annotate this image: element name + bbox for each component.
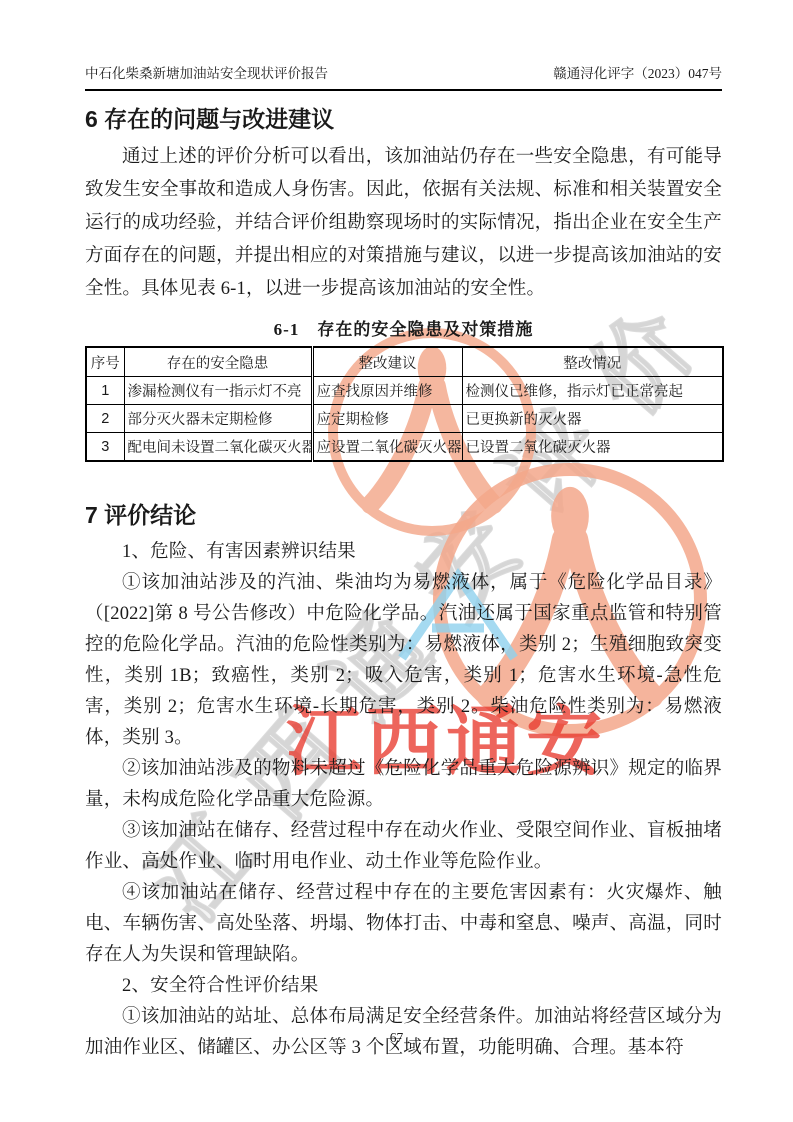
section-7-paragraph: ③该加油站在储存、经营过程中存在动火作业、受限空间作业、盲板抽堵作业、高处作业、… xyxy=(85,816,722,878)
table-row: 2 部分灭火器未定期检修 应定期检修 已更换新的灭火器 xyxy=(86,405,723,433)
document-page: 江西通安评价 江西通安 中石化柴桑新塘加油站安全现状评价报告 赣通浔化评字（20… xyxy=(0,0,793,1122)
section-7-paragraph: ②该加油站涉及的物料未超过《危险化学品重大危险源辨识》规定的临界量，未构成危险化… xyxy=(85,754,722,816)
table-header-cell: 整改建议 xyxy=(312,347,462,377)
section-6-paragraph: 通过上述的评价分析可以看出，该加油站仍存在一些安全隐患，有可能导致发生安全事故和… xyxy=(85,141,722,306)
table-header-cell: 存在的安全隐患 xyxy=(124,347,312,377)
section-7: 7 评价结论 1、危险、有害因素辨识结果 ①该加油站涉及的汽油、柴油均为易燃液体… xyxy=(85,500,722,1064)
header-right-doc-number: 赣通浔化评字（2023）047号 xyxy=(553,64,722,84)
section-7-paragraph: ④该加油站在储存、经营过程中存在的主要危害因素有：火灾爆炸、触电、车辆伤害、高处… xyxy=(85,878,722,971)
table-row: 3 配电间未设置二氧化碳灭火器 应设置二氧化碳灭火器 已设置二氧化碳灭火器 xyxy=(86,433,723,462)
table-cell-no: 3 xyxy=(86,433,124,462)
table-header-row: 序号 存在的安全隐患 整改建议 整改情况 xyxy=(86,347,723,377)
section-7-paragraph: ①该加油站涉及的汽油、柴油均为易燃液体，属于《危险化学品目录》（[2022]第 … xyxy=(85,568,722,754)
table-header-cell: 整改情况 xyxy=(462,347,723,377)
section-7-paragraph: 2、安全符合性评价结果 xyxy=(85,971,722,1002)
table-header-cell: 序号 xyxy=(86,347,124,377)
table-cell-suggestion: 应设置二氧化碳灭火器 xyxy=(312,433,462,462)
section-7-title: 7 评价结论 xyxy=(85,500,722,530)
section-6-title: 6 存在的问题与改进建议 xyxy=(85,104,722,134)
table-cell-suggestion: 应定期检修 xyxy=(312,405,462,433)
section-7-paragraph: 1、危险、有害因素辨识结果 xyxy=(85,537,722,568)
table-cell-hazard: 渗漏检测仪有一指示灯不亮 xyxy=(124,377,312,405)
header-left-title: 中石化柴桑新塘加油站安全现状评价报告 xyxy=(85,64,328,84)
table-cell-hazard: 部分灭火器未定期检修 xyxy=(124,405,312,433)
table-cell-no: 2 xyxy=(86,405,124,433)
table-cell-hazard: 配电间未设置二氧化碳灭火器 xyxy=(124,433,312,462)
table-cell-status: 已更换新的灭火器 xyxy=(462,405,723,433)
page-header: 中石化柴桑新塘加油站安全现状评价报告 赣通浔化评字（2023）047号 xyxy=(85,64,722,91)
table-cell-no: 1 xyxy=(86,377,124,405)
issues-table: 序号 存在的安全隐患 整改建议 整改情况 1 渗漏检测仪有一指示灯不亮 应查找原… xyxy=(85,346,724,462)
table-cell-status: 检测仪已维修，指示灯已正常亮起 xyxy=(462,377,723,405)
table-row: 1 渗漏检测仪有一指示灯不亮 应查找原因并维修 检测仪已维修，指示灯已正常亮起 xyxy=(86,377,723,405)
table-caption: 6-1 存在的安全隐患及对策措施 xyxy=(85,315,722,340)
table-cell-suggestion: 应查找原因并维修 xyxy=(312,377,462,405)
page-content: 中石化柴桑新塘加油站安全现状评价报告 赣通浔化评字（2023）047号 6 存在… xyxy=(0,0,793,1064)
table-cell-status: 已设置二氧化碳灭火器 xyxy=(462,433,723,462)
page-number: 67 xyxy=(0,1030,793,1046)
